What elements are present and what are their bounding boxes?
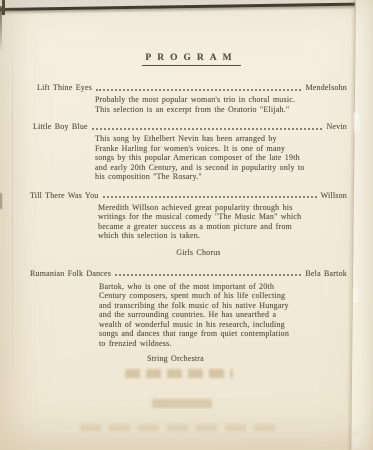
entry-title: Rumanian Folk Dances	[30, 269, 111, 279]
entry-composer: Nevin	[326, 122, 347, 132]
program-entry: Little Boy Blue Nevin This song by Ethel…	[30, 122, 347, 182]
entry-composer: Willson	[321, 191, 347, 201]
entry-title-row: Little Boy Blue Nevin	[33, 122, 347, 132]
entry-composer: Bela Bartok	[305, 269, 347, 279]
description-line: became a greater success as a motion pic…	[98, 222, 347, 232]
description-line: to frenzied wildness.	[99, 339, 347, 349]
ensemble-girls-chorus: Girls Chorus	[40, 248, 357, 258]
entry-description: Bartok, who is one of the most important…	[99, 282, 347, 349]
description-line: writings for the musical comedy "The Mus…	[98, 212, 347, 222]
entry-description: Meredith Willson achieved great populari…	[98, 203, 347, 241]
description-line: and early 20th Century, and is second in…	[95, 163, 347, 173]
description-line: songs and dances that range from quiet c…	[99, 329, 347, 339]
description-line: songs by this popular American composer …	[95, 153, 347, 163]
entry-title: Lift Thine Eyes	[37, 83, 92, 93]
ensemble-string-orchestra: String Orchestra	[17, 354, 334, 364]
entry-title-row: Rumanian Folk Dances Bela Bartok	[30, 269, 347, 279]
description-line: Century composers, spent much of his lif…	[99, 291, 347, 301]
dotted-leader	[92, 128, 323, 130]
program-heading-wrap: PROGRAM	[30, 0, 347, 66]
dotted-leader	[96, 89, 301, 91]
description-line: Probably the most popular woman's trio i…	[95, 95, 347, 105]
description-line: Meredith Willson achieved great populari…	[98, 203, 347, 213]
program-entry: Lift Thine Eyes Mendelsohn Probably the …	[30, 83, 347, 114]
description-line: his composition "The Rosary."	[95, 172, 347, 182]
description-line: This selection is an excerpt from the Or…	[95, 105, 347, 115]
description-line: wealth of wonderful music in his researc…	[99, 320, 347, 330]
entry-title-row: Till There Was You Willson	[30, 191, 347, 201]
program-page-content: PROGRAM Lift Thine Eyes Mendelsohn Proba…	[0, 0, 373, 450]
description-line: which this selection is taken.	[98, 231, 347, 241]
entry-composer: Mendelsohn	[305, 83, 347, 93]
dotted-leader	[115, 274, 301, 276]
entry-description: Probably the most popular woman's trio i…	[95, 95, 347, 114]
program-heading: PROGRAM	[142, 53, 240, 66]
entry-title: Little Boy Blue	[33, 122, 88, 132]
description-line: and transcribing the folk music of his n…	[99, 301, 347, 311]
entry-description: This song by Ethelbert Nevin has been ar…	[95, 134, 347, 182]
scanned-program-page: PROGRAM Lift Thine Eyes Mendelsohn Proba…	[0, 0, 373, 450]
entry-title-row: Lift Thine Eyes Mendelsohn	[37, 83, 347, 93]
program-entry: Rumanian Folk Dances Bela Bartok Bartok,…	[30, 269, 347, 349]
description-line: This song by Ethelbert Nevin has been ar…	[95, 134, 347, 144]
program-entry: Till There Was You Willson Meredith Will…	[30, 191, 347, 241]
description-line: Franke Harling for women's voices. It is…	[95, 144, 347, 154]
entry-title: Till There Was You	[30, 191, 99, 201]
description-line: and the surrounding countries. He has un…	[99, 310, 347, 320]
dotted-leader	[103, 196, 317, 198]
description-line: Bartok, who is one of the most important…	[99, 282, 347, 292]
